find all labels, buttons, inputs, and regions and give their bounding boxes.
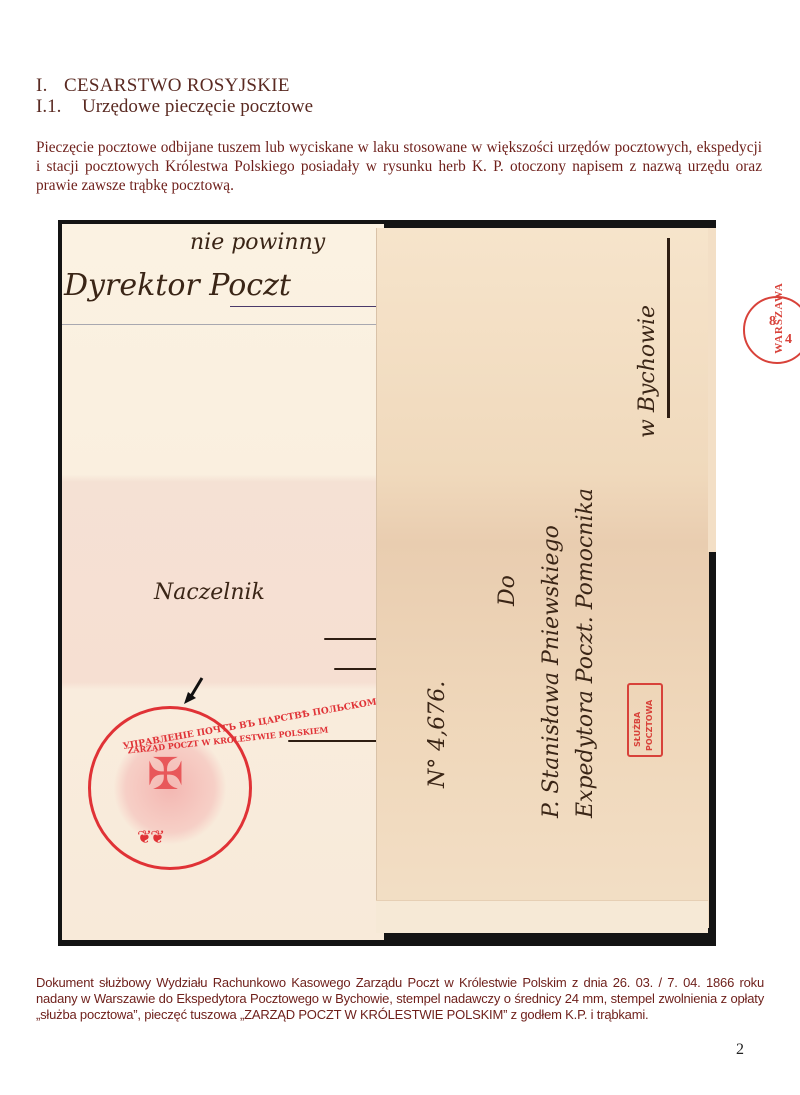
handwriting-top: nie powinny [190,230,325,255]
address-title: Expedytora Poczt. Pomocnika [573,488,598,818]
address-city: w Bychowie [635,305,660,438]
right-envelope-sheet: WARSZAWA 8 4 Do P. Stanisława Pniewskieg… [376,228,709,928]
stamp-day: 8 [769,314,776,330]
left-document-sheet: nie powinny Dyrektor Poczt Naczelnik УПР… [62,224,384,940]
ink-stroke [324,638,384,640]
section-title: CESARSTWO ROSYJSKIE [64,75,290,96]
official-seal: УПРАВЛЕНІЕ ПОЧТЪ ВЪ ЦАРСТВѢ ПОЛЬСКОМЪ ZA… [88,706,252,870]
page-number: 2 [736,1041,744,1059]
document-number: N° 4,676. [425,681,450,788]
ink-underline [230,306,380,307]
stamp-line1: SŁUŻBA [633,712,642,747]
subsection-heading: I.1.Urzędowe pieczęcie pocztowe [36,96,313,118]
section-heading: I.CESARSTWO ROSYJSKIE [36,75,290,97]
envelope-bottom-fold [376,900,708,933]
stamp-line2: POCZTOWA [645,700,654,751]
photo-caption: Dokument służbowy Wydziału Rachunkowo Ka… [36,975,764,1023]
eagle-emblem-icon: ✠ [147,749,184,800]
intro-paragraph: Pieczęcie pocztowe odbijane tuszem lub w… [36,138,762,195]
ink-stroke [288,740,384,742]
subsection-title: Urzędowe pieczęcie pocztowe [82,96,313,117]
stamp-month: 4 [785,332,792,348]
document-photo: nie powinny Dyrektor Poczt Naczelnik УПР… [58,220,716,946]
address-recipient: P. Stanisława Pniewskiego [539,525,564,818]
envelope-flap-edge [708,228,716,552]
section-number: I. [36,75,64,97]
arrow-pointer-icon [180,676,208,706]
ink-vertical-stroke [667,238,670,418]
handwriting-naczelnik: Naczelnik [154,580,265,605]
post-horn-icon: ❦❦ [137,827,163,848]
ruled-line [62,324,384,325]
sluzba-pocztowa-stamp: SŁUŻBA POCZTOWA [627,683,663,757]
handwriting-director: Dyrektor Poczt [64,268,291,303]
address-to: Do [495,575,520,606]
warszawa-date-stamp: WARSZAWA 8 4 [743,296,800,364]
subsection-number: I.1. [36,96,82,118]
